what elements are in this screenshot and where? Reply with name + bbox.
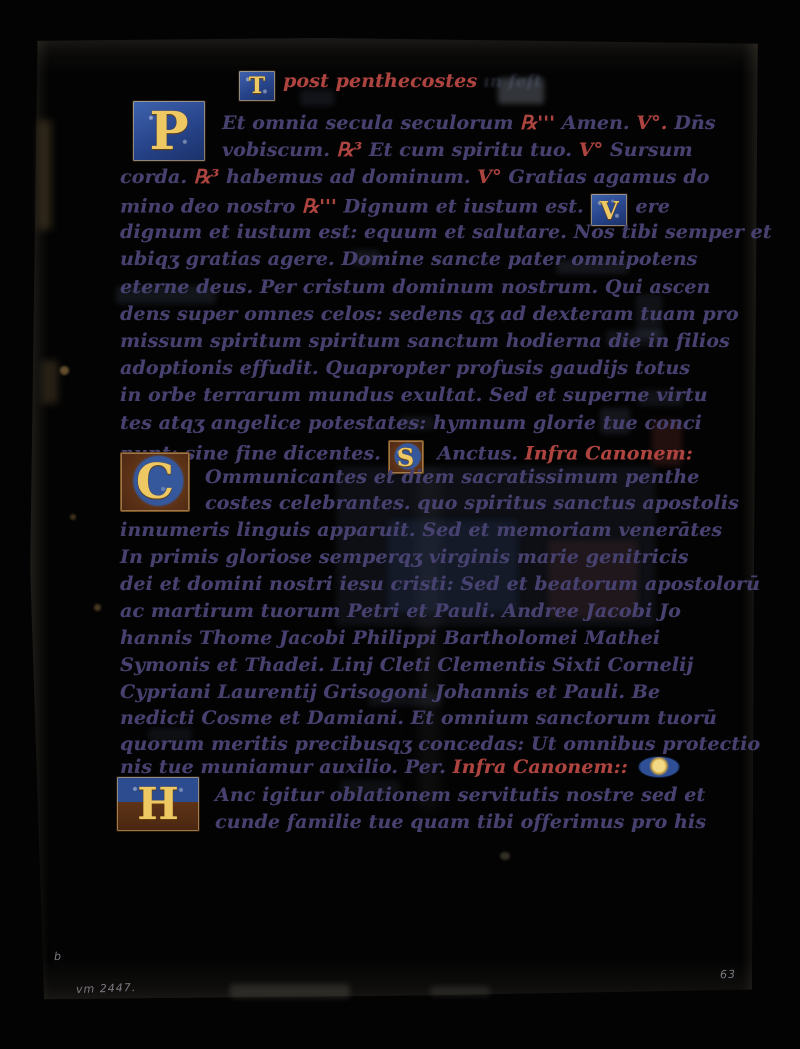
body-text: In primis gloriose semperqʒ virginis mar… xyxy=(120,546,689,568)
rubric-text: Infra Canonem:: xyxy=(453,756,628,778)
body-text: habemus ad dominum. xyxy=(219,166,477,188)
manuscript-line: Tpost penthecostes ın feſt xyxy=(238,70,542,102)
body-text: hannis Thome Jacobi Philippi Bartholomei… xyxy=(120,627,660,649)
manuscript-line: adoptionis effudit. Quapropter profusis … xyxy=(120,357,690,379)
illuminated-initial-H: H xyxy=(116,776,200,832)
manuscript-line: dei et domini nostri iesu cristi: Sed et… xyxy=(120,573,760,595)
body-text: cunde familie tue quam tibi offerimus pr… xyxy=(215,811,706,833)
manuscript-line: hannis Thome Jacobi Philippi Bartholomei… xyxy=(120,627,660,649)
text-block: Tpost penthecostes ın feſt Et omnia secu… xyxy=(0,0,800,1049)
manuscript-line: Et omnia secula seculorum ℞''' Amen. V°.… xyxy=(222,112,716,134)
body-text: dens super omnes celos: sedens qʒ ad dex… xyxy=(120,303,739,325)
manuscript-line: in orbe terrarum mundus exultat. Sed et … xyxy=(120,384,708,406)
body-text: Gratias agamus do xyxy=(502,166,710,188)
rubric-text: ℞''' xyxy=(520,112,555,134)
body-text: Dn̄s xyxy=(667,112,715,134)
body-text: Amen. xyxy=(555,112,636,134)
manuscript-photo: Tpost penthecostes ın feſt Et omnia secu… xyxy=(0,0,800,1049)
body-text: nis tue muniamur auxilio. Per. xyxy=(120,756,453,778)
body-text: eterne deus. Per cristum dominum nostrum… xyxy=(120,276,710,298)
body-text: in orbe terrarum mundus exultat. Sed et … xyxy=(120,384,708,406)
rubric-text: ℞''' xyxy=(302,196,337,218)
body-text: adoptionis effudit. Quapropter profusis … xyxy=(120,357,690,379)
illuminated-initial-C: C xyxy=(120,452,190,512)
body-text: corda. xyxy=(120,166,194,188)
body-text: Anctus. xyxy=(431,443,525,465)
illuminated-initial-T: T xyxy=(238,70,276,102)
manuscript-line: nis tue muniamur auxilio. Per. Infra Can… xyxy=(120,756,680,778)
manuscript-line: tes atqʒ angelice potestates: hymnum glo… xyxy=(120,412,702,434)
body-text: missum spiritum spiritum sanctum hodiern… xyxy=(120,330,730,352)
manuscript-line: corda. ℞³ habemus ad dominum. V° Gratias… xyxy=(120,166,709,188)
body-text: mino deo nostro xyxy=(120,196,302,218)
rubric-text: ℞³ xyxy=(337,139,363,161)
manuscript-line: cunde familie tue quam tibi offerimus pr… xyxy=(215,811,706,833)
body-text: quorum meritis precibusqʒ concedas: Ut o… xyxy=(120,733,760,755)
rubric-text: ℞³ xyxy=(194,166,220,188)
manuscript-line: ubiqʒ gratias agere. Domine sancte pater… xyxy=(120,248,697,270)
rubric-text: V°. xyxy=(636,112,667,134)
manuscript-line: vobiscum. ℞³ Et cum spiritu tuo. V° Surs… xyxy=(222,139,693,161)
body-text: Sursum xyxy=(603,139,692,161)
pencil-inscription: vm 2447. xyxy=(76,981,137,996)
manuscript-line: innumeris linguis apparuit. Sed et memor… xyxy=(120,519,722,541)
body-text: tes atqʒ angelice potestates: hymnum glo… xyxy=(120,412,702,434)
illuminated-initial-P: P xyxy=(132,100,206,162)
rubric-text: V° xyxy=(579,139,603,161)
manuscript-line: In primis gloriose semperqʒ virginis mar… xyxy=(120,546,689,568)
manuscript-line: missum spiritum spiritum sanctum hodiern… xyxy=(120,330,730,352)
body-text: Et cum spiritu tuo. xyxy=(362,139,578,161)
body-text: nedicti Cosme et Damiani. Et omnium sanc… xyxy=(120,707,717,729)
body-text: ubiqʒ gratias agere. Domine sancte pater… xyxy=(120,248,697,270)
body-text: innumeris linguis apparuit. Sed et memor… xyxy=(120,519,722,541)
manuscript-line: eterne deus. Per cristum dominum nostrum… xyxy=(120,276,710,298)
pencil-inscription: b xyxy=(54,950,62,963)
manuscript-line: costes celebrantes. quo spiritus sanctus… xyxy=(205,492,739,514)
manuscript-line: Cypriani Laurentij Grisogoni Johannis et… xyxy=(120,681,660,703)
manuscript-line: quorum meritis precibusqʒ concedas: Ut o… xyxy=(120,733,760,755)
body-text: Ommunicantes et diem sacratissimum penth… xyxy=(205,466,699,488)
body-text: Cypriani Laurentij Grisogoni Johannis et… xyxy=(120,681,660,703)
body-text: dei et domini nostri iesu cristi: Sed et… xyxy=(120,573,760,595)
body-text: Et omnia secula seculorum xyxy=(222,112,520,134)
body-text: Anc igitur oblationem servitutis nostre … xyxy=(215,784,705,806)
manuscript-line: Symonis et Thadei. Linj Cleti Clementis … xyxy=(120,654,693,676)
rubric-text: V° xyxy=(477,166,501,188)
manuscript-line: ac martirum tuorum Petri et Pauli. Andre… xyxy=(120,600,681,622)
manuscript-line: dignum et iustum est: equum et salutare.… xyxy=(120,221,772,243)
rubric-text: post penthecostes xyxy=(283,70,477,92)
manuscript-line: Anc igitur oblationem servitutis nostre … xyxy=(215,784,705,806)
body-text: costes celebrantes. quo spiritus sanctus… xyxy=(205,492,739,514)
body-text: Symonis et Thadei. Linj Cleti Clementis … xyxy=(120,654,693,676)
gold-line-filler xyxy=(638,756,680,778)
show-through-text: ın feſt xyxy=(477,72,542,92)
body-text: Dignum et iustum est. xyxy=(337,196,591,218)
pencil-inscription: 63 xyxy=(720,968,736,982)
body-text: ere xyxy=(635,196,670,218)
rubric-text: Infra Canonem: xyxy=(525,443,693,465)
manuscript-line: nedicti Cosme et Damiani. Et omnium sanc… xyxy=(120,707,717,729)
body-text: ac martirum tuorum Petri et Pauli. Andre… xyxy=(120,600,681,622)
manuscript-line: Ommunicantes et diem sacratissimum penth… xyxy=(205,466,699,488)
body-text: vobiscum. xyxy=(222,139,337,161)
body-text: dignum et iustum est: equum et salutare.… xyxy=(120,221,772,243)
manuscript-line: dens super omnes celos: sedens qʒ ad dex… xyxy=(120,303,739,325)
